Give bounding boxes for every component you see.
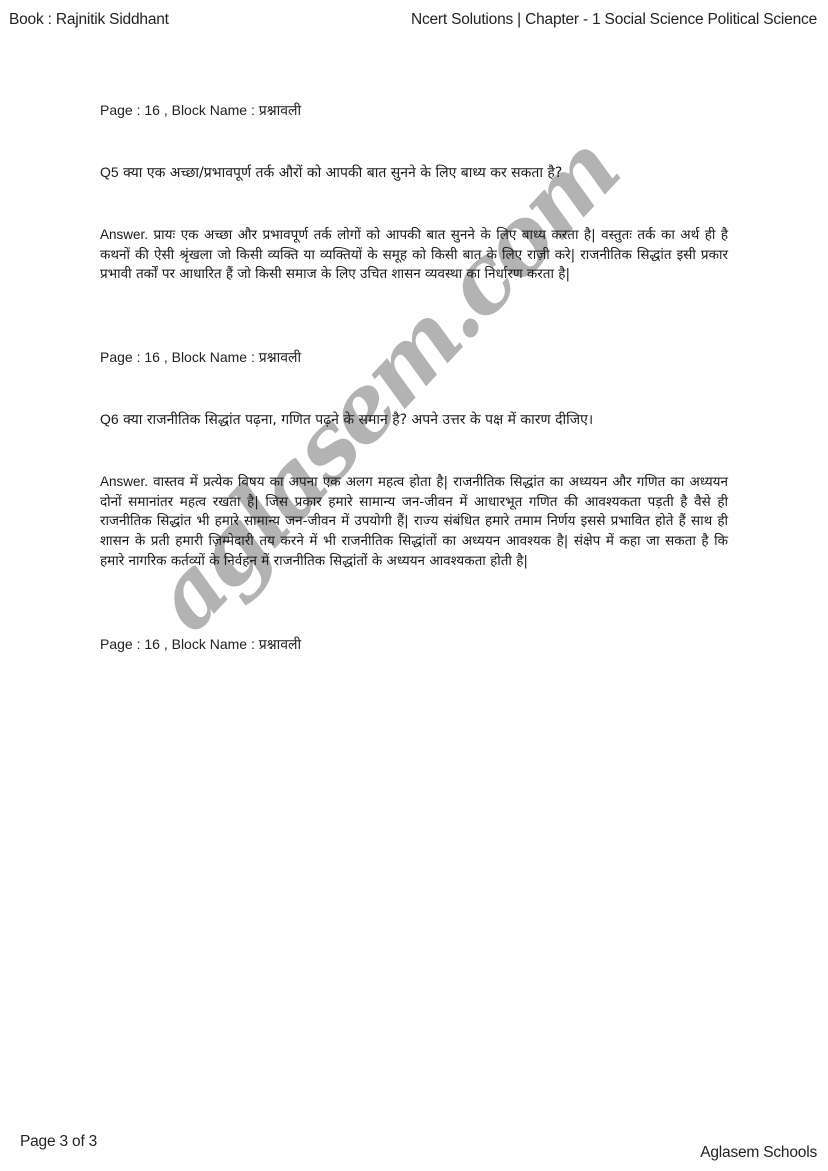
question-q6: Q6 क्या राजनीतिक सिद्धांत पढ़ना, गणित पढ… [100, 410, 593, 429]
publisher-name: Aglasem Schools [700, 1144, 817, 1162]
page-number: Page 3 of 3 [20, 1133, 97, 1151]
answer-text: प्रायः एक अच्छा और प्रभावपूर्ण तर्क लोगो… [100, 227, 728, 282]
answer-text: वास्तव में प्रत्येक विषय का अपना एक अलग … [100, 474, 728, 569]
answer-q5: Answer. प्रायः एक अच्छा और प्रभावपूर्ण त… [100, 225, 728, 285]
question-number: Q6 [100, 411, 119, 427]
answer-q6: Answer. वास्तव में प्रत्येक विषय का अपना… [100, 472, 728, 572]
question-q5: Q5 क्या एक अच्छा/प्रभावपूर्ण तर्क औरों क… [100, 163, 562, 182]
block-label: Page : 16 , Block Name : प्रश्नावली [100, 348, 301, 367]
book-title: Book : Rajnitik Siddhant [9, 11, 169, 29]
document-title: Ncert Solutions | Chapter - 1 Social Sci… [411, 11, 817, 29]
question-text: क्या एक अच्छा/प्रभावपूर्ण तर्क औरों को आ… [123, 165, 562, 181]
question-text: क्या राजनीतिक सिद्धांत पढ़ना, गणित पढ़ने… [123, 412, 593, 428]
block-label: Page : 16 , Block Name : प्रश्नावली [100, 635, 301, 654]
block-label: Page : 16 , Block Name : प्रश्नावली [100, 101, 301, 120]
question-number: Q5 [100, 164, 119, 180]
answer-label: Answer. [100, 474, 148, 489]
answer-label: Answer. [100, 227, 148, 242]
